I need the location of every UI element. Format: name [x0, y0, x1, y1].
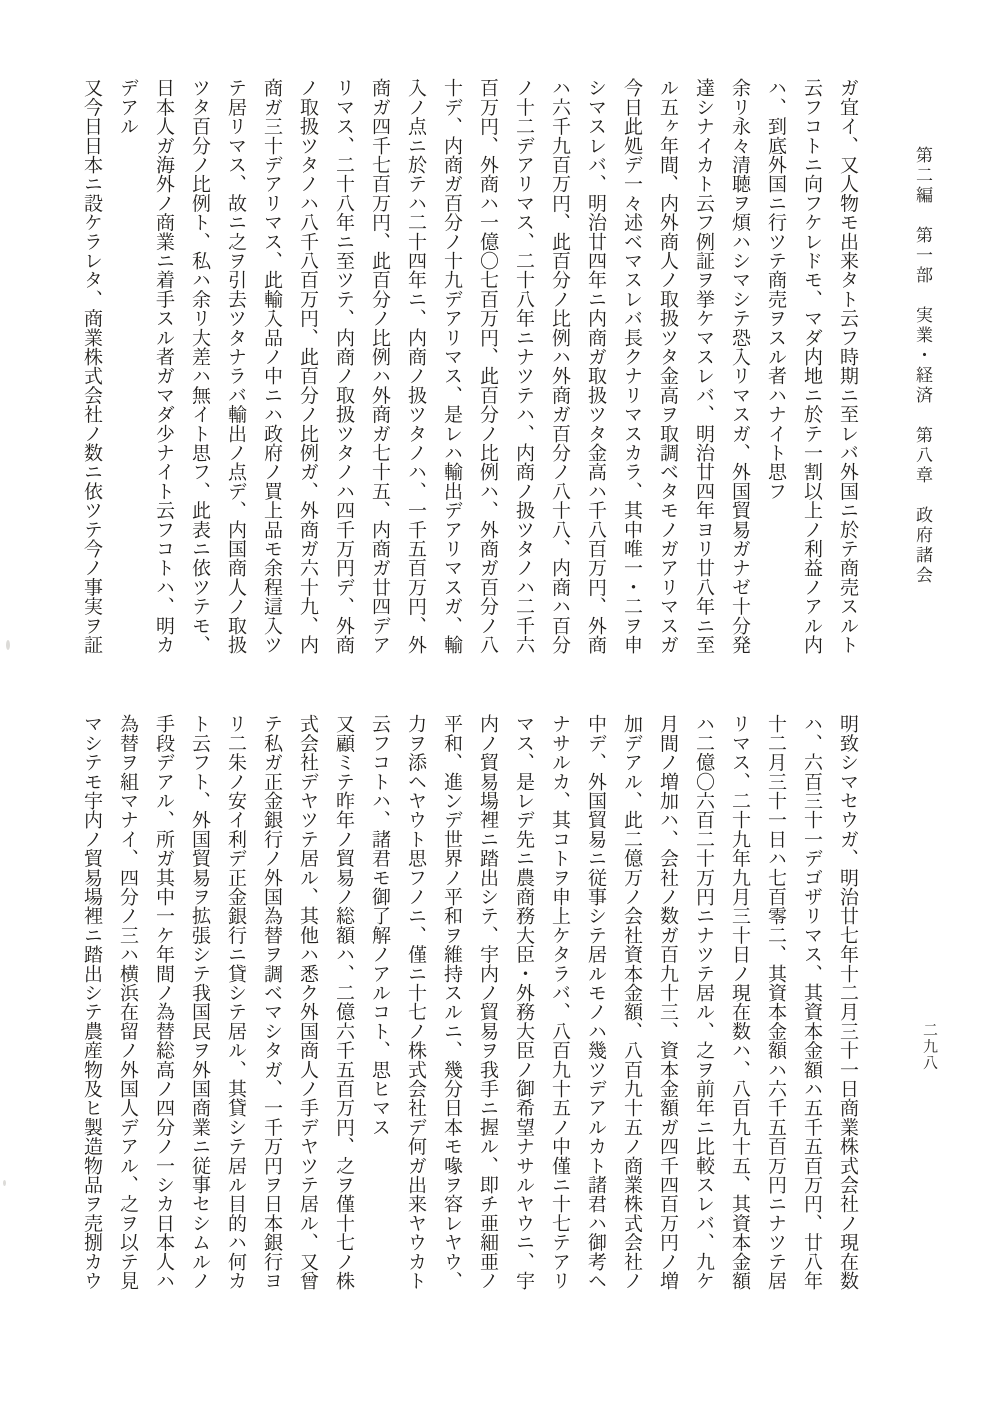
text-column: 日本人ガ海外ノ商業ニ着手スル者ガマダ少ナイト云フコトハ、明カ	[146, 78, 182, 660]
text-column: リマス、二十九年九月三十日ノ現在数ハ、八百九十五、其資本金額	[722, 714, 758, 1296]
text-column: ハ、六百三十一デゴザリマス、其資本金額ハ五千五百万円、廿八年	[794, 714, 830, 1296]
page-number: 二九八	[920, 1022, 941, 1072]
text-column: 百万円、外商ハ一億〇七百万円、此百分ノ比例ハ、外商ガ百分ノ八	[470, 78, 506, 660]
text-column: ハ六千九百万円、此百分ノ比例ハ外商ガ百分ノ八十八、内商ハ百分	[542, 78, 578, 660]
text-column: 入ノ点ニ於テハ二十四年ニ、内商ノ扱ツタノハ、一千五百万円、外	[398, 78, 434, 660]
text-column: 達シナイカト云フ例証ヲ挙ケマスレバ、明治廿四年ヨリ廿八年ニ至	[686, 78, 722, 660]
text-column: マシテモ宇内ノ貿易場裡ニ踏出シテ農産物及ヒ製造物品ヲ売捌カウ	[74, 714, 110, 1296]
text-column: 商ガ四千七百万円、此百分ノ比例ハ外商ガ七十五、内商ガ廿四デア	[362, 78, 398, 660]
text-column: 為替ヲ組マナイ、四分ノ三ハ横浜在留ノ外国人デアル、之ヲ以テ見	[110, 714, 146, 1296]
text-column: テ私ガ正金銀行ノ外国為替ヲ調ベマシタガ、一千万円ヲ日本銀行ヨ	[254, 714, 290, 1296]
text-column: ノ十二デアリマス、二十八年ニナツテハ、内商ノ扱ツタノハ二千六	[506, 78, 542, 660]
scan-speck	[6, 640, 10, 650]
scan-speck	[3, 1180, 6, 1186]
text-column: ハ二億〇六百二十万円ニナツテ居ル、之ヲ前年ニ比較スレバ、九ケ	[686, 714, 722, 1296]
text-column: 十二月三十一日ハ七百零二、其資本金額ハ六千五百万円ニナツテ居	[758, 714, 794, 1296]
text-column: 十デ、内商ガ百分ノ十九デアリマス、是レハ輸出デアリマスガ、輸	[434, 78, 470, 660]
text-column: 月間ノ増加ハ、会社ノ数ガ百九十三、資本金額ガ四千四百万円ノ増	[650, 714, 686, 1296]
text-column: マス、是レデ先ニ農商務大臣・外務大臣ノ御希望ナサルヤウニ、宇	[506, 714, 542, 1296]
text-column: 明致シマセウガ、明治廿七年十二月三十一日商業株式会社ノ現在数	[830, 714, 866, 1296]
paragraph-block-top: ガ宜イ、又人物モ出来タト云フ時期ニ至レバ外国ニ於テ商売スルト云フコトニ向フケレド…	[74, 78, 866, 660]
text-column: ハ、到底外国ニ行ツテ商売ヲスル者ハナイト思フ	[758, 78, 794, 660]
text-column: シマスレバ、明治廿四年ニ内商ガ取扱ツタ金高ハ千八百万円、外商	[578, 78, 614, 660]
text-column: 又今日日本ニ設ケラレタ、商業株式会社ノ数ニ依ツテ今ノ事実ヲ証	[74, 78, 110, 660]
running-head: 第二編 第一部 実業・経済 第八章 政府諸会	[910, 146, 935, 586]
text-column: 又顧ミテ昨年ノ貿易ノ総額ハ、二億六千五百万円、之ヲ僅十七ノ株	[326, 714, 362, 1296]
text-column: ナサルカ、其コトヲ申上ケタラバ、八百九十五ノ中僅ニ十七テアリ	[542, 714, 578, 1296]
text-column: 加デアル、此二億万ノ会社資本金額、八百九十五ノ商業株式会社ノ	[614, 714, 650, 1296]
text-column: 内ノ貿易場裡ニ踏出シテ、宇内ノ貿易ヲ我手ニ握ル、即チ亜細亜ノ	[470, 714, 506, 1296]
paragraph-block-bottom: 明致シマセウガ、明治廿七年十二月三十一日商業株式会社ノ現在数ハ、六百三十一デゴザ…	[74, 714, 866, 1296]
text-column: リ二朱ノ安イ利デ正金銀行ニ貸シテ居ル、其貸シテ居ル目的ハ何カ	[218, 714, 254, 1296]
text-column: ル五ヶ年間、内外商人ノ取扱ツタ金高ヲ取調ベタモノガアリマスガ	[650, 78, 686, 660]
text-column: 余リ永々清聴ヲ煩ハシマシテ恐入リマスガ、外国貿易ガナゼ十分発	[722, 78, 758, 660]
text-column: 云フコトハ、諸君モ御了解ノアルコト、思ヒマス	[362, 714, 398, 1296]
text-column: 云フコトニ向フケレドモ、マダ内地ニ於テ一割以上ノ利益ノアル内	[794, 78, 830, 660]
text-column: 力ヲ添ヘヤウト思フノニ、僅ニ十七ノ株式会社デ何ガ出来ヤウカト	[398, 714, 434, 1296]
text-column: ガ宜イ、又人物モ出来タト云フ時期ニ至レバ外国ニ於テ商売スルト	[830, 78, 866, 660]
text-column: リマス、二十八年ニ至ツテ、内商ノ取扱ツタノハ四千万円デ、外商	[326, 78, 362, 660]
text-column: デアル	[110, 78, 146, 660]
text-column: ツタ百分ノ比例ト、私ハ余リ大差ハ無イト思フ、此表ニ依ツテモ、	[182, 78, 218, 660]
text-column: 平和、進ンデ世界ノ平和ヲ維持スルニ、幾分日本モ喙ヲ容レヤウ、	[434, 714, 470, 1296]
text-column: 式会社デヤツテ居ル、其他ハ悉ク外国商人ノ手デヤツテ居ル、又曾	[290, 714, 326, 1296]
text-column: 手段デアル、所ガ其中一ケ年間ノ為替総高ノ四分ノ一シカ日本人ハ	[146, 714, 182, 1296]
text-column: 中デ、外国貿易ニ従事シテ居ルモノハ幾ツデアルカト諸君ハ御考ヘ	[578, 714, 614, 1296]
text-column: テ居リマス、故ニ之ヲ引去ツタナラバ輸出ノ点デ、内国商人ノ取扱	[218, 78, 254, 660]
text-column: ノ取扱ツタノハ八千八百万円、此百分ノ比例ガ、外商ガ六十九、内	[290, 78, 326, 660]
text-column: 商ガ三十デアリマス、此輸入品ノ中ニハ政府ノ買上品モ余程這入ツ	[254, 78, 290, 660]
book-page: 第二編 第一部 実業・経済 第八章 政府諸会 二九八 ガ宜イ、又人物モ出来タト云…	[0, 0, 1003, 1412]
text-column: ト云フト、外国貿易ヲ拡張シテ我国民ヲ外国商業ニ従事セシムルノ	[182, 714, 218, 1296]
text-column: 今日此処デ一々述ベマスレバ長クナリマスカラ、其中唯一・二ヲ申	[614, 78, 650, 660]
